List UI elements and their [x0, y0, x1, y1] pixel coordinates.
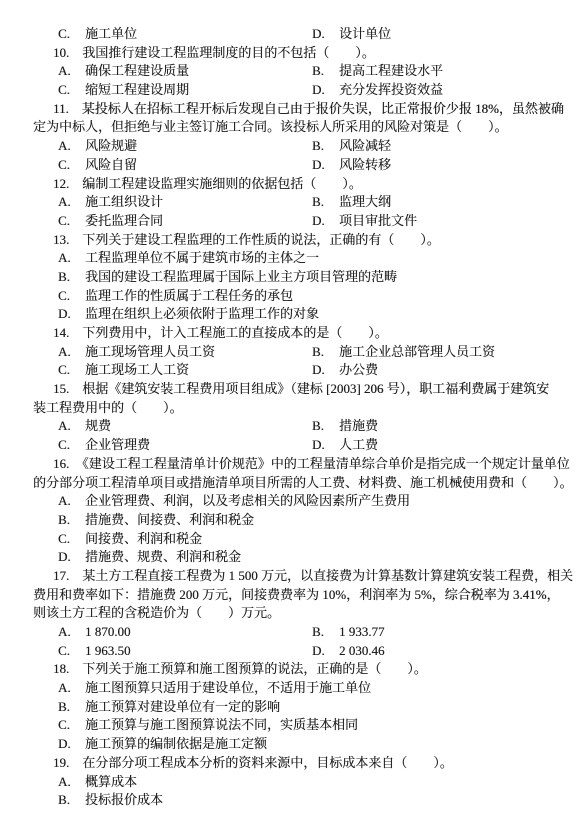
option-label: A.	[58, 417, 85, 436]
question-12-options-ab: A.施工组织设计 B.监理大纲	[33, 193, 560, 212]
option-text: 充分发挥投资效益	[339, 82, 443, 97]
question-12-option-c: C.委托监理合同	[33, 212, 312, 231]
option-label: D.	[312, 361, 339, 380]
question-15-stem-line-2: 装工程费用中的（ ）。	[33, 399, 560, 418]
question-15-option-b: B.措施费	[312, 417, 560, 436]
option-label: B.	[312, 343, 339, 362]
option-text: 监理在组织上必须依附于监理工作的对象	[85, 306, 319, 321]
question-11-stem-line-2: 定为中标人，但拒绝与业主签订施工合同。该投标人所采用的风险对策是（ ）。	[33, 118, 560, 137]
option-text: 施工预算的编制依据是施工定额	[85, 736, 267, 751]
question-16-stem-line-2: 的分部分项工程清单项目或措施清单项目所需的人工费、材料费、施工机械使用费和（ ）…	[33, 474, 560, 493]
option-text: 企业管理费、利润，以及考虑相关的风险因素所产生费用	[85, 493, 410, 508]
option-text: 人工费	[339, 437, 378, 452]
option-label: A.	[58, 492, 85, 511]
option-label: D.	[312, 212, 339, 231]
question-14-options-ab: A.施工现场管理人员工资 B.施工企业总部管理人员工资	[33, 343, 560, 362]
option-text: 缩短工程建设周期	[85, 82, 189, 97]
question-11-option-c: C.风险自留	[33, 156, 312, 175]
question-15-option-c: C.企业管理费	[33, 436, 312, 455]
question-18-option-a: A.施工图预算只适用于建设单位，不适用于施工单位	[33, 679, 560, 698]
option-label: C.	[58, 642, 85, 661]
option-label: C.	[58, 436, 85, 455]
option-text: 确保工程建设质量	[85, 63, 189, 78]
question-9-option-d: D.设计单位	[312, 25, 560, 44]
option-text: 项目审批文件	[339, 213, 417, 228]
option-text: 1 933.77	[339, 624, 385, 639]
option-text: 设计单位	[339, 26, 391, 41]
question-12-option-b: B.监理大纲	[312, 193, 560, 212]
option-label: C.	[58, 361, 85, 380]
option-text: 提高工程建设水平	[339, 63, 443, 78]
option-text: 投标报价成本	[85, 792, 163, 807]
option-text: 风险自留	[85, 157, 137, 172]
option-label: B.	[312, 62, 339, 81]
question-14-option-c: C.施工现场工人工资	[33, 361, 312, 380]
option-label: A.	[58, 62, 85, 81]
option-text: 施工现场管理人员工资	[85, 344, 215, 359]
question-12-stem: 12. 编制工程建设监理实施细则的依据包括（ ）。	[33, 175, 560, 194]
option-label: B.	[58, 698, 85, 717]
question-14-option-a: A.施工现场管理人员工资	[33, 343, 312, 362]
question-13-option-b: B.我国的建设工程监理属于国际上业主方项目管理的范畴	[33, 268, 560, 287]
option-text: 规费	[85, 418, 111, 433]
exam-page: C.施工单位 D.设计单位 10. 我国推行建设工程监理制度的目的不包括（ ）。…	[0, 0, 580, 815]
option-text: 措施费	[339, 418, 378, 433]
option-label: C.	[58, 156, 85, 175]
option-label: B.	[312, 417, 339, 436]
question-17-options-ab: A.1 870.00 B.1 933.77	[33, 623, 560, 642]
option-text: 风险转移	[339, 157, 391, 172]
option-label: B.	[58, 791, 85, 810]
question-10-option-d: D.充分发挥投资效益	[312, 81, 560, 100]
option-label: C.	[58, 287, 85, 306]
option-text: 施工图预算只适用于建设单位，不适用于施工单位	[85, 680, 371, 695]
question-10-option-b: B.提高工程建设水平	[312, 62, 560, 81]
option-label: B.	[58, 511, 85, 530]
option-label: C.	[58, 530, 85, 549]
option-label: C.	[58, 81, 85, 100]
option-text: 施工预算与施工图预算说法不同，实质基本相同	[85, 717, 358, 732]
option-label: D.	[312, 642, 339, 661]
question-13-option-d: D.监理在组织上必须依附于监理工作的对象	[33, 305, 560, 324]
question-17-option-b: B.1 933.77	[312, 623, 560, 642]
option-label: B.	[312, 137, 339, 156]
option-text: 施工企业总部管理人员工资	[339, 344, 495, 359]
option-label: A.	[58, 193, 85, 212]
question-11-options-ab: A.风险规避 B.风险减轻	[33, 137, 560, 156]
question-11-option-a: A.风险规避	[33, 137, 312, 156]
option-text: 施工单位	[85, 26, 137, 41]
question-12-option-d: D.项目审批文件	[312, 212, 560, 231]
question-18-option-c: C.施工预算与施工图预算说法不同，实质基本相同	[33, 716, 560, 735]
question-17-option-d: D.2 030.46	[312, 642, 560, 661]
question-13-option-a: A.工程监理单位不属于建筑市场的主体之一	[33, 249, 560, 268]
option-text: 企业管理费	[85, 437, 150, 452]
option-label: A.	[58, 249, 85, 268]
question-10-option-c: C.缩短工程建设周期	[33, 81, 312, 100]
option-text: 施工组织设计	[85, 194, 163, 209]
option-text: 风险减轻	[339, 138, 391, 153]
question-18-option-d: D.施工预算的编制依据是施工定额	[33, 735, 560, 754]
question-14-options-cd: C.施工现场工人工资 D.办公费	[33, 361, 560, 380]
question-13-stem: 13. 下列关于建设工程监理的工作性质的说法，正确的有（ ）。	[33, 231, 560, 250]
option-text: 间接费、利润和税金	[85, 531, 202, 546]
question-12-option-a: A.施工组织设计	[33, 193, 312, 212]
option-label: A.	[58, 137, 85, 156]
option-label: D.	[58, 305, 85, 324]
question-18-stem: 18. 下列关于施工预算和施工图预算的说法，正确的是（ ）。	[33, 660, 560, 679]
question-11-option-d: D.风险转移	[312, 156, 560, 175]
question-14-option-b: B.施工企业总部管理人员工资	[312, 343, 560, 362]
option-label: A.	[58, 679, 85, 698]
question-10-options-cd: C.缩短工程建设周期 D.充分发挥投资效益	[33, 81, 560, 100]
option-text: 2 030.46	[339, 643, 385, 658]
question-15-option-d: D.人工费	[312, 436, 560, 455]
question-17-stem-line-2: 费用和费率如下：措施费 200 万元，间接费费率为 10%，利润率为 5%，综合…	[33, 586, 560, 605]
question-17-stem-line-3: 则该土方工程的含税造价为（ ）万元。	[33, 604, 560, 623]
option-text: 监理大纲	[339, 194, 391, 209]
option-label: A.	[58, 773, 85, 792]
option-text: 办公费	[339, 362, 378, 377]
option-text: 1 963.50	[85, 643, 131, 658]
option-text: 概算成本	[85, 774, 137, 789]
question-16-option-b: B.措施费、间接费、利润和税金	[33, 511, 560, 530]
question-16-stem-line-1: 16. 《建设工程工程量清单计价规范》中的工程量清单综合单价是指完成一个规定计量…	[33, 455, 560, 474]
question-15-option-a: A.规费	[33, 417, 312, 436]
question-19-option-b: B.投标报价成本	[33, 791, 560, 810]
option-text: 施工预算对建设单位有一定的影响	[85, 699, 280, 714]
option-label: C.	[58, 212, 85, 231]
option-text: 施工现场工人工资	[85, 362, 189, 377]
option-label: D.	[312, 156, 339, 175]
option-label: B.	[58, 268, 85, 287]
question-9-options-cd: C.施工单位 D.设计单位	[33, 25, 560, 44]
option-text: 委托监理合同	[85, 213, 163, 228]
option-label: D.	[312, 81, 339, 100]
question-11-option-b: B.风险减轻	[312, 137, 560, 156]
question-9-option-c: C.施工单位	[33, 25, 312, 44]
option-text: 措施费、间接费、利润和税金	[85, 512, 254, 527]
question-17-option-a: A.1 870.00	[33, 623, 312, 642]
option-label: B.	[312, 623, 339, 642]
question-19-option-a: A.概算成本	[33, 773, 560, 792]
option-label: A.	[58, 343, 85, 362]
question-16-option-d: D.措施费、规费、利润和税金	[33, 548, 560, 567]
question-18-option-b: B.施工预算对建设单位有一定的影响	[33, 698, 560, 717]
option-label: D.	[58, 548, 85, 567]
question-19-stem: 19. 在分部分项工程成本分析的资料来源中，目标成本来自（ ）。	[33, 754, 560, 773]
option-label: D.	[312, 436, 339, 455]
question-14-stem: 14. 下列费用中，计入工程施工的直接成本的是（ ）。	[33, 324, 560, 343]
option-label: B.	[312, 193, 339, 212]
question-17-stem-line-1: 17. 某土方工程直接工程费为 1 500 万元，以直接费为计算基数计算建筑安装…	[33, 567, 560, 586]
option-label: D.	[312, 25, 339, 44]
question-17-option-c: C.1 963.50	[33, 642, 312, 661]
question-10-options-ab: A.确保工程建设质量 B.提高工程建设水平	[33, 62, 560, 81]
option-label: D.	[58, 735, 85, 754]
option-text: 措施费、规费、利润和税金	[85, 549, 241, 564]
option-text: 风险规避	[85, 138, 137, 153]
question-15-options-ab: A.规费 B.措施费	[33, 417, 560, 436]
option-label: A.	[58, 623, 85, 642]
question-14-option-d: D.办公费	[312, 361, 560, 380]
question-10-option-a: A.确保工程建设质量	[33, 62, 312, 81]
question-13-option-c: C.监理工作的性质属于工程任务的承包	[33, 287, 560, 306]
option-text: 1 870.00	[85, 624, 131, 639]
option-text: 我国的建设工程监理属于国际上业主方项目管理的范畴	[85, 269, 397, 284]
question-16-option-c: C.间接费、利润和税金	[33, 530, 560, 549]
option-label: C.	[58, 25, 85, 44]
option-label: C.	[58, 716, 85, 735]
question-11-stem-line-1: 11. 某投标人在招标工程开标后发现自己由于报价失误，比正常报价少报 18%，虽…	[33, 100, 560, 119]
question-10-stem: 10. 我国推行建设工程监理制度的目的不包括（ ）。	[33, 44, 560, 63]
question-17-options-cd: C.1 963.50 D.2 030.46	[33, 642, 560, 661]
question-11-options-cd: C.风险自留 D.风险转移	[33, 156, 560, 175]
question-15-stem-line-1: 15. 根据《建筑安装工程费用项目组成》（建标 [2003] 206 号），职工…	[33, 380, 560, 399]
question-16-option-a: A.企业管理费、利润，以及考虑相关的风险因素所产生费用	[33, 492, 560, 511]
option-text: 工程监理单位不属于建筑市场的主体之一	[85, 250, 319, 265]
question-12-options-cd: C.委托监理合同 D.项目审批文件	[33, 212, 560, 231]
option-text: 监理工作的性质属于工程任务的承包	[85, 288, 293, 303]
question-15-options-cd: C.企业管理费 D.人工费	[33, 436, 560, 455]
